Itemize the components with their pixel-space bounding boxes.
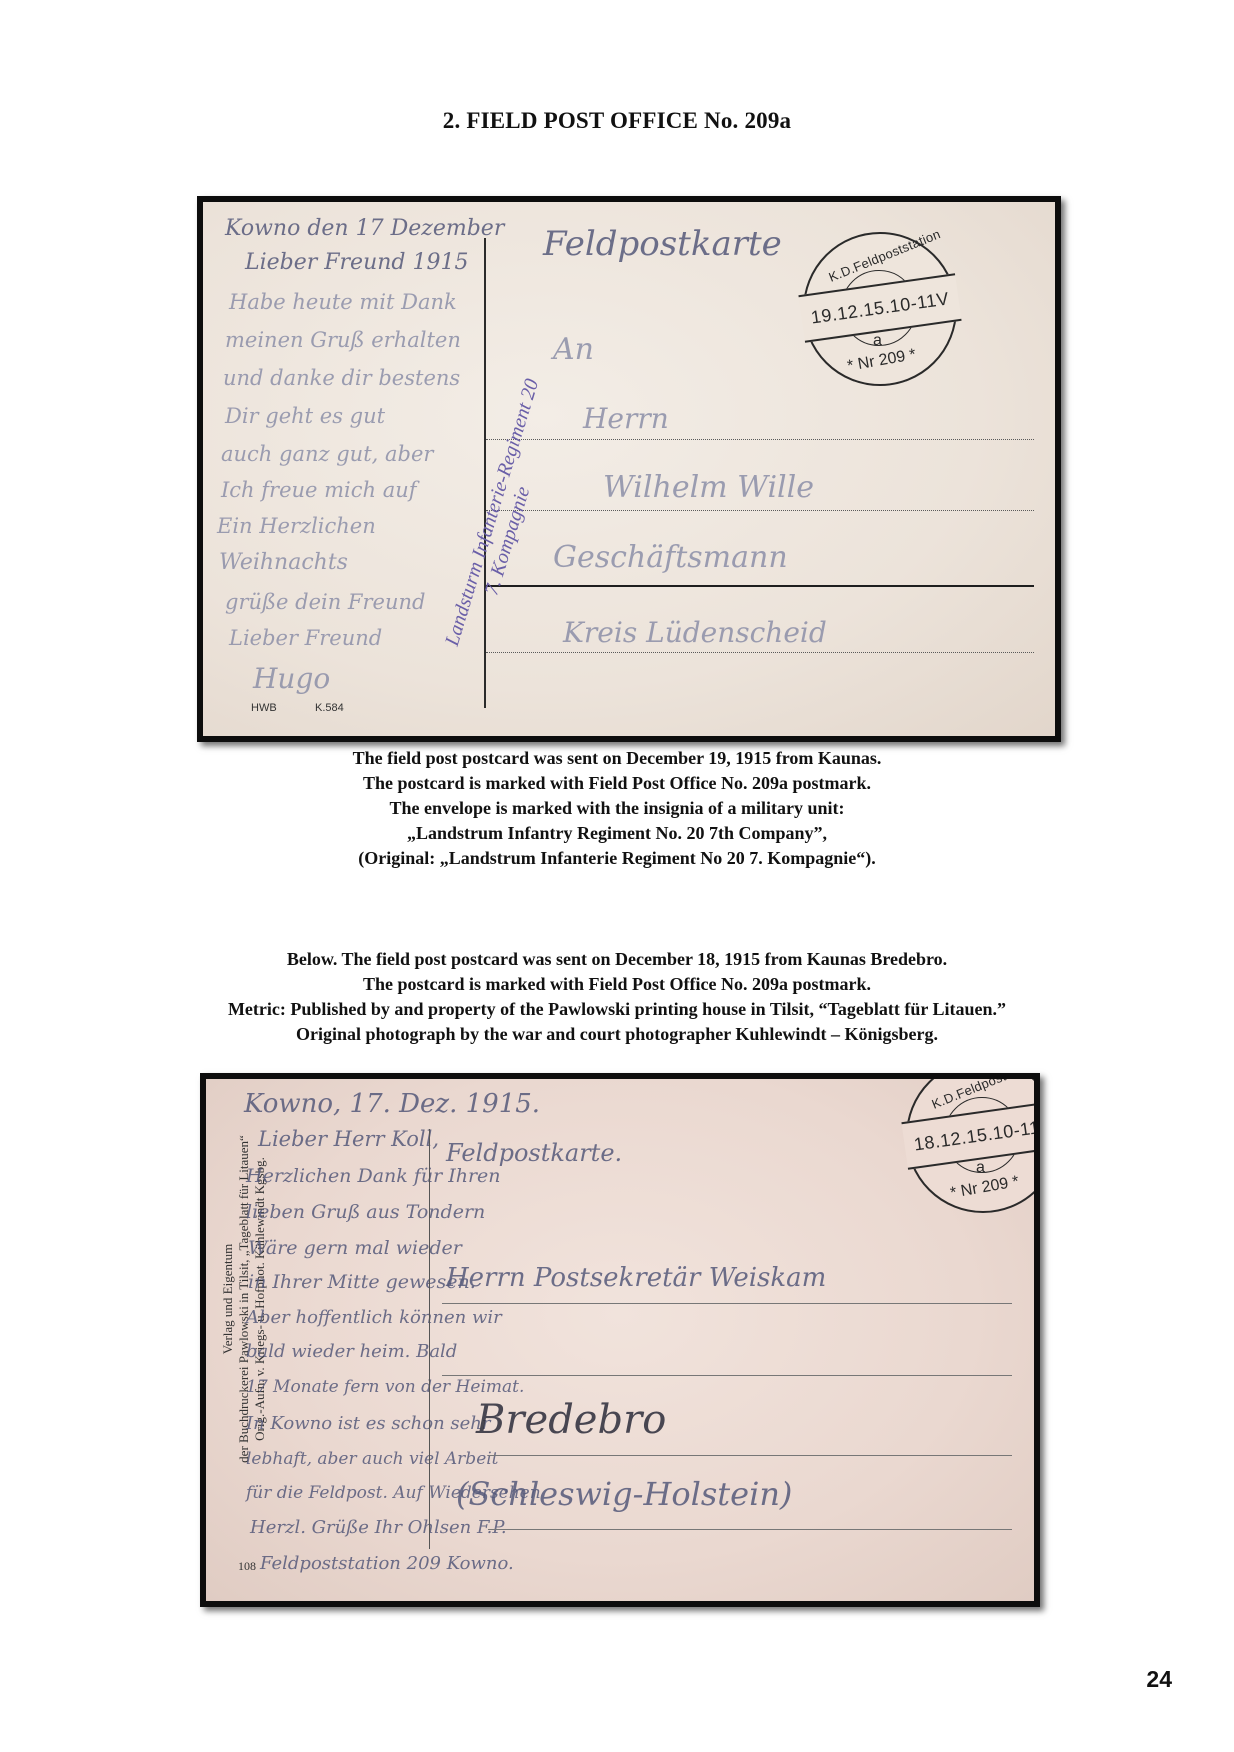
handwriting-line: Lieber Freund 1915 (245, 250, 468, 275)
handwriting-line: grüße dein Freund (225, 590, 425, 614)
printer-mark: HWB (251, 702, 277, 714)
handwriting-line: Lieber Freund (229, 626, 382, 650)
address-line (442, 1375, 1012, 1376)
card-number: 108 (238, 1559, 256, 1574)
handwriting-line: Kowno, 17. Dez. 1915. (244, 1089, 540, 1119)
handwriting-line: Ich freue mich auf (221, 478, 417, 502)
postcard-top: Kowno den 17 Dezember Lieber Freund 1915… (203, 202, 1055, 736)
page-number: 24 (1146, 1666, 1172, 1693)
postmark-number: * Nr 209 * (846, 346, 917, 376)
publisher-line: Orig.-Aufn. v. Kriegs- u. Hofphot. Kühle… (252, 1089, 268, 1509)
address-line (486, 439, 1034, 440)
handwriting-line: Herrn Postsekretär Weiskam (446, 1263, 826, 1293)
postmark: K.D.Feldpoststation 19.12.15.10-11V a * … (803, 232, 957, 386)
postmark-letter: a (873, 332, 882, 350)
handwriting-line: in Ihrer Mitte gewesen. (248, 1271, 476, 1293)
postmark: K.D.Feldpoststation 18.12.15.10-11V a * … (906, 1079, 1034, 1213)
caption-bottom: Below. The field post postcard was sent … (0, 947, 1234, 1047)
page-title: 2. FIELD POST OFFICE No. 209a (0, 108, 1234, 134)
postcard-top-frame: Kowno den 17 Dezember Lieber Freund 1915… (197, 196, 1061, 742)
handwriting-line: Wilhelm Wille (603, 470, 814, 505)
handwriting-line: und danke dir bestens (223, 366, 460, 390)
address-line (486, 652, 1034, 653)
postmark-number: * Nr 209 * (949, 1173, 1020, 1203)
postcard-bottom: Verlag und Eigentum der Buchdruckerei Pa… (206, 1079, 1034, 1601)
handwriting-line: lebhaft, aber auch viel Arbeit (246, 1449, 499, 1469)
caption-line: The postcard is marked with Field Post O… (0, 771, 1234, 796)
handwriting-line: Feldpostkarte. (446, 1139, 622, 1167)
catalog-code: K.584 (315, 702, 344, 714)
caption-line: Original photograph by the war and court… (0, 1022, 1234, 1047)
address-line (486, 510, 1034, 511)
handwriting-line: (Schleswig-Holstein) (456, 1475, 792, 1513)
handwriting-line: lieben Gruß aus Tondern (246, 1201, 485, 1223)
handwriting-line: Kreis Lüdenscheid (563, 616, 827, 649)
caption-line: „Landstrum Infantry Regiment No. 20 7th … (0, 821, 1234, 846)
postcard-bottom-frame: Verlag und Eigentum der Buchdruckerei Pa… (200, 1073, 1040, 1607)
handwriting-line: Herzl. Grüße Ihr Ohlsen F.P. (250, 1517, 507, 1538)
handwriting-line: Habe heute mit Dank (229, 290, 457, 314)
handwriting-line: bald wieder heim. Bald (246, 1341, 457, 1362)
handwriting-line: Bredebro (476, 1397, 666, 1443)
handwriting-line: Geschäftsmann (553, 540, 788, 575)
handwriting-line: Feldpoststation 209 Kowno. (260, 1553, 514, 1574)
handwriting-line: 17 Monate fern von der Heimat. (246, 1377, 524, 1397)
address-line (488, 1455, 1012, 1456)
handwriting-line: In Kowno ist es schon sehr (246, 1413, 491, 1434)
handwriting-line: Dir geht es gut (225, 404, 385, 428)
regiment-stamp: Landsturm Infanterie-Regiment 20 7. Komp… (441, 376, 566, 655)
caption-top: The field post postcard was sent on Dece… (0, 746, 1234, 871)
publisher-line: Verlag und Eigentum (220, 1089, 236, 1509)
caption-line: Metric: Published by and property of the… (0, 997, 1234, 1022)
caption-line: (Original: „Landstrum Infanterie Regimen… (0, 846, 1234, 871)
publisher-imprint: Verlag und Eigentum der Buchdruckerei Pa… (220, 1089, 268, 1509)
caption-line: Below. The field post postcard was sent … (0, 947, 1234, 972)
handwriting-line: An (553, 332, 594, 367)
handwriting-line: Herzlichen Dank für Ihren (246, 1165, 501, 1187)
card-divider (429, 1129, 430, 1549)
handwriting-line: Hugo (253, 662, 330, 695)
handwriting-line: auch ganz gut, aber (221, 442, 433, 466)
postmark-letter: a (976, 1159, 985, 1177)
handwriting-line: Ein Herzlichen (217, 514, 376, 538)
handwriting-line: Weihnachts (219, 550, 348, 575)
caption-line: The postcard is marked with Field Post O… (0, 972, 1234, 997)
publisher-line: der Buchdruckerei Pawlowski in Tilsit, „… (236, 1089, 252, 1509)
handwriting-line: Herrn (583, 402, 669, 435)
handwriting-line: Lieber Herr Koll, (258, 1127, 439, 1151)
caption-line: The field post postcard was sent on Dece… (0, 746, 1234, 771)
address-line-bold (486, 585, 1034, 587)
handwriting-line: Aber hoffentlich können wir (246, 1307, 502, 1328)
handwriting-line: Feldpostkarte (543, 224, 782, 264)
address-line (488, 1529, 1012, 1530)
handwriting-line: meinen Gruß erhalten (225, 328, 461, 352)
address-line (442, 1303, 1012, 1304)
handwriting-line: Kowno den 17 Dezember (225, 216, 504, 241)
caption-line: The envelope is marked with the insignia… (0, 796, 1234, 821)
